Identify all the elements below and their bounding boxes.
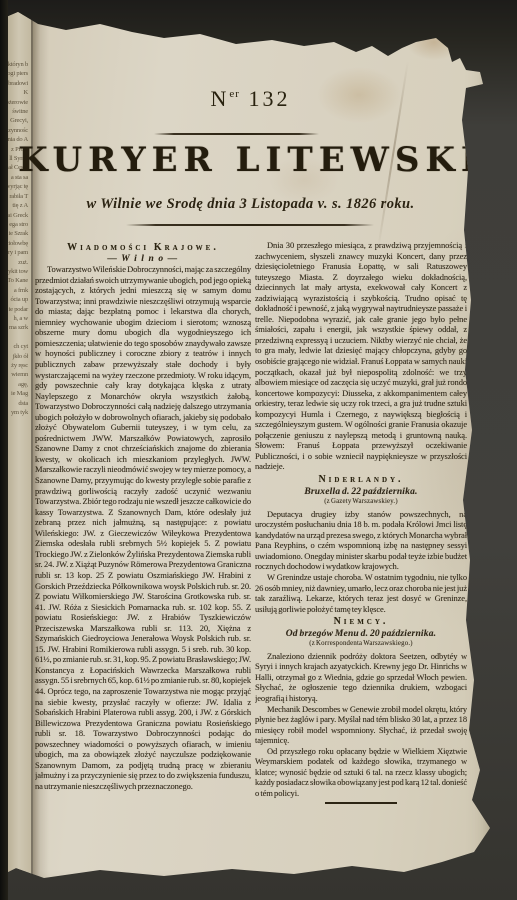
newspaper-scan: któryn b ogi piers bradowi K ożerowie św… [0,0,517,900]
issue-number: Ner 132 [4,86,497,112]
section-heading-niemcy: Niemcy. [255,617,467,628]
section-heading-niderlandy: Niderlandy. [255,475,467,486]
niemcy-paragraph-2: Mechanik Descombes w Genewie zrobił mode… [255,704,467,746]
domestic-news-paragraph: Towarzystwo Wileńskie Dobroczynności, ma… [35,264,251,791]
left-column: Wiadomości Krajowe. — W i l n o — Towarz… [35,240,251,846]
masthead-rule-bottom [126,224,374,226]
niderlandy-paragraph-1: Deputacya drugiey izby stanów powszechny… [255,509,467,572]
article-end-rule [325,802,397,804]
niderlandy-paragraph-2: W Grenindze ustaje choroba. W ostatnim t… [255,572,467,614]
right-column: Dnia 30 przeszłego miesiąca, z prawdziwą… [255,240,467,846]
issue-superscript: er [229,88,240,100]
niderlandy-dateline: Bruxella d. 22 października. [255,487,467,498]
niemcy-paragraph-3: Od przyszłego roku opłacany będzie w Wie… [255,746,467,799]
newspaper-title: KURYER LITEWSKI [4,140,497,180]
section-heading-domestic-news: Wiadomości Krajowe. [35,243,251,254]
paper-sheet: któryn b ogi piers bradowi K ożerowie św… [4,0,497,892]
niderlandy-source: (z Gazety Warszawskiey.) [255,497,467,508]
niemcy-paragraph-1: Znaleziono dziennik podróży doktora Seet… [255,651,467,704]
edition-dateline: w Wilnie we Srodę dnia 3 Listopada v. s.… [4,196,497,213]
concert-report-paragraph: Dnia 30 przeszłego miesiąca, z prawdziwą… [255,240,467,472]
masthead-rule-top [154,133,319,135]
niemcy-dateline: Od brzegów Menu d. 20 października. [255,629,467,640]
niemcy-source: (z Korrespondenta Warszawskiego.) [255,639,467,650]
issue-value: 132 [248,86,290,111]
issue-prefix: N [211,86,230,111]
wilno-subheading: — W i l n o — [35,254,251,265]
